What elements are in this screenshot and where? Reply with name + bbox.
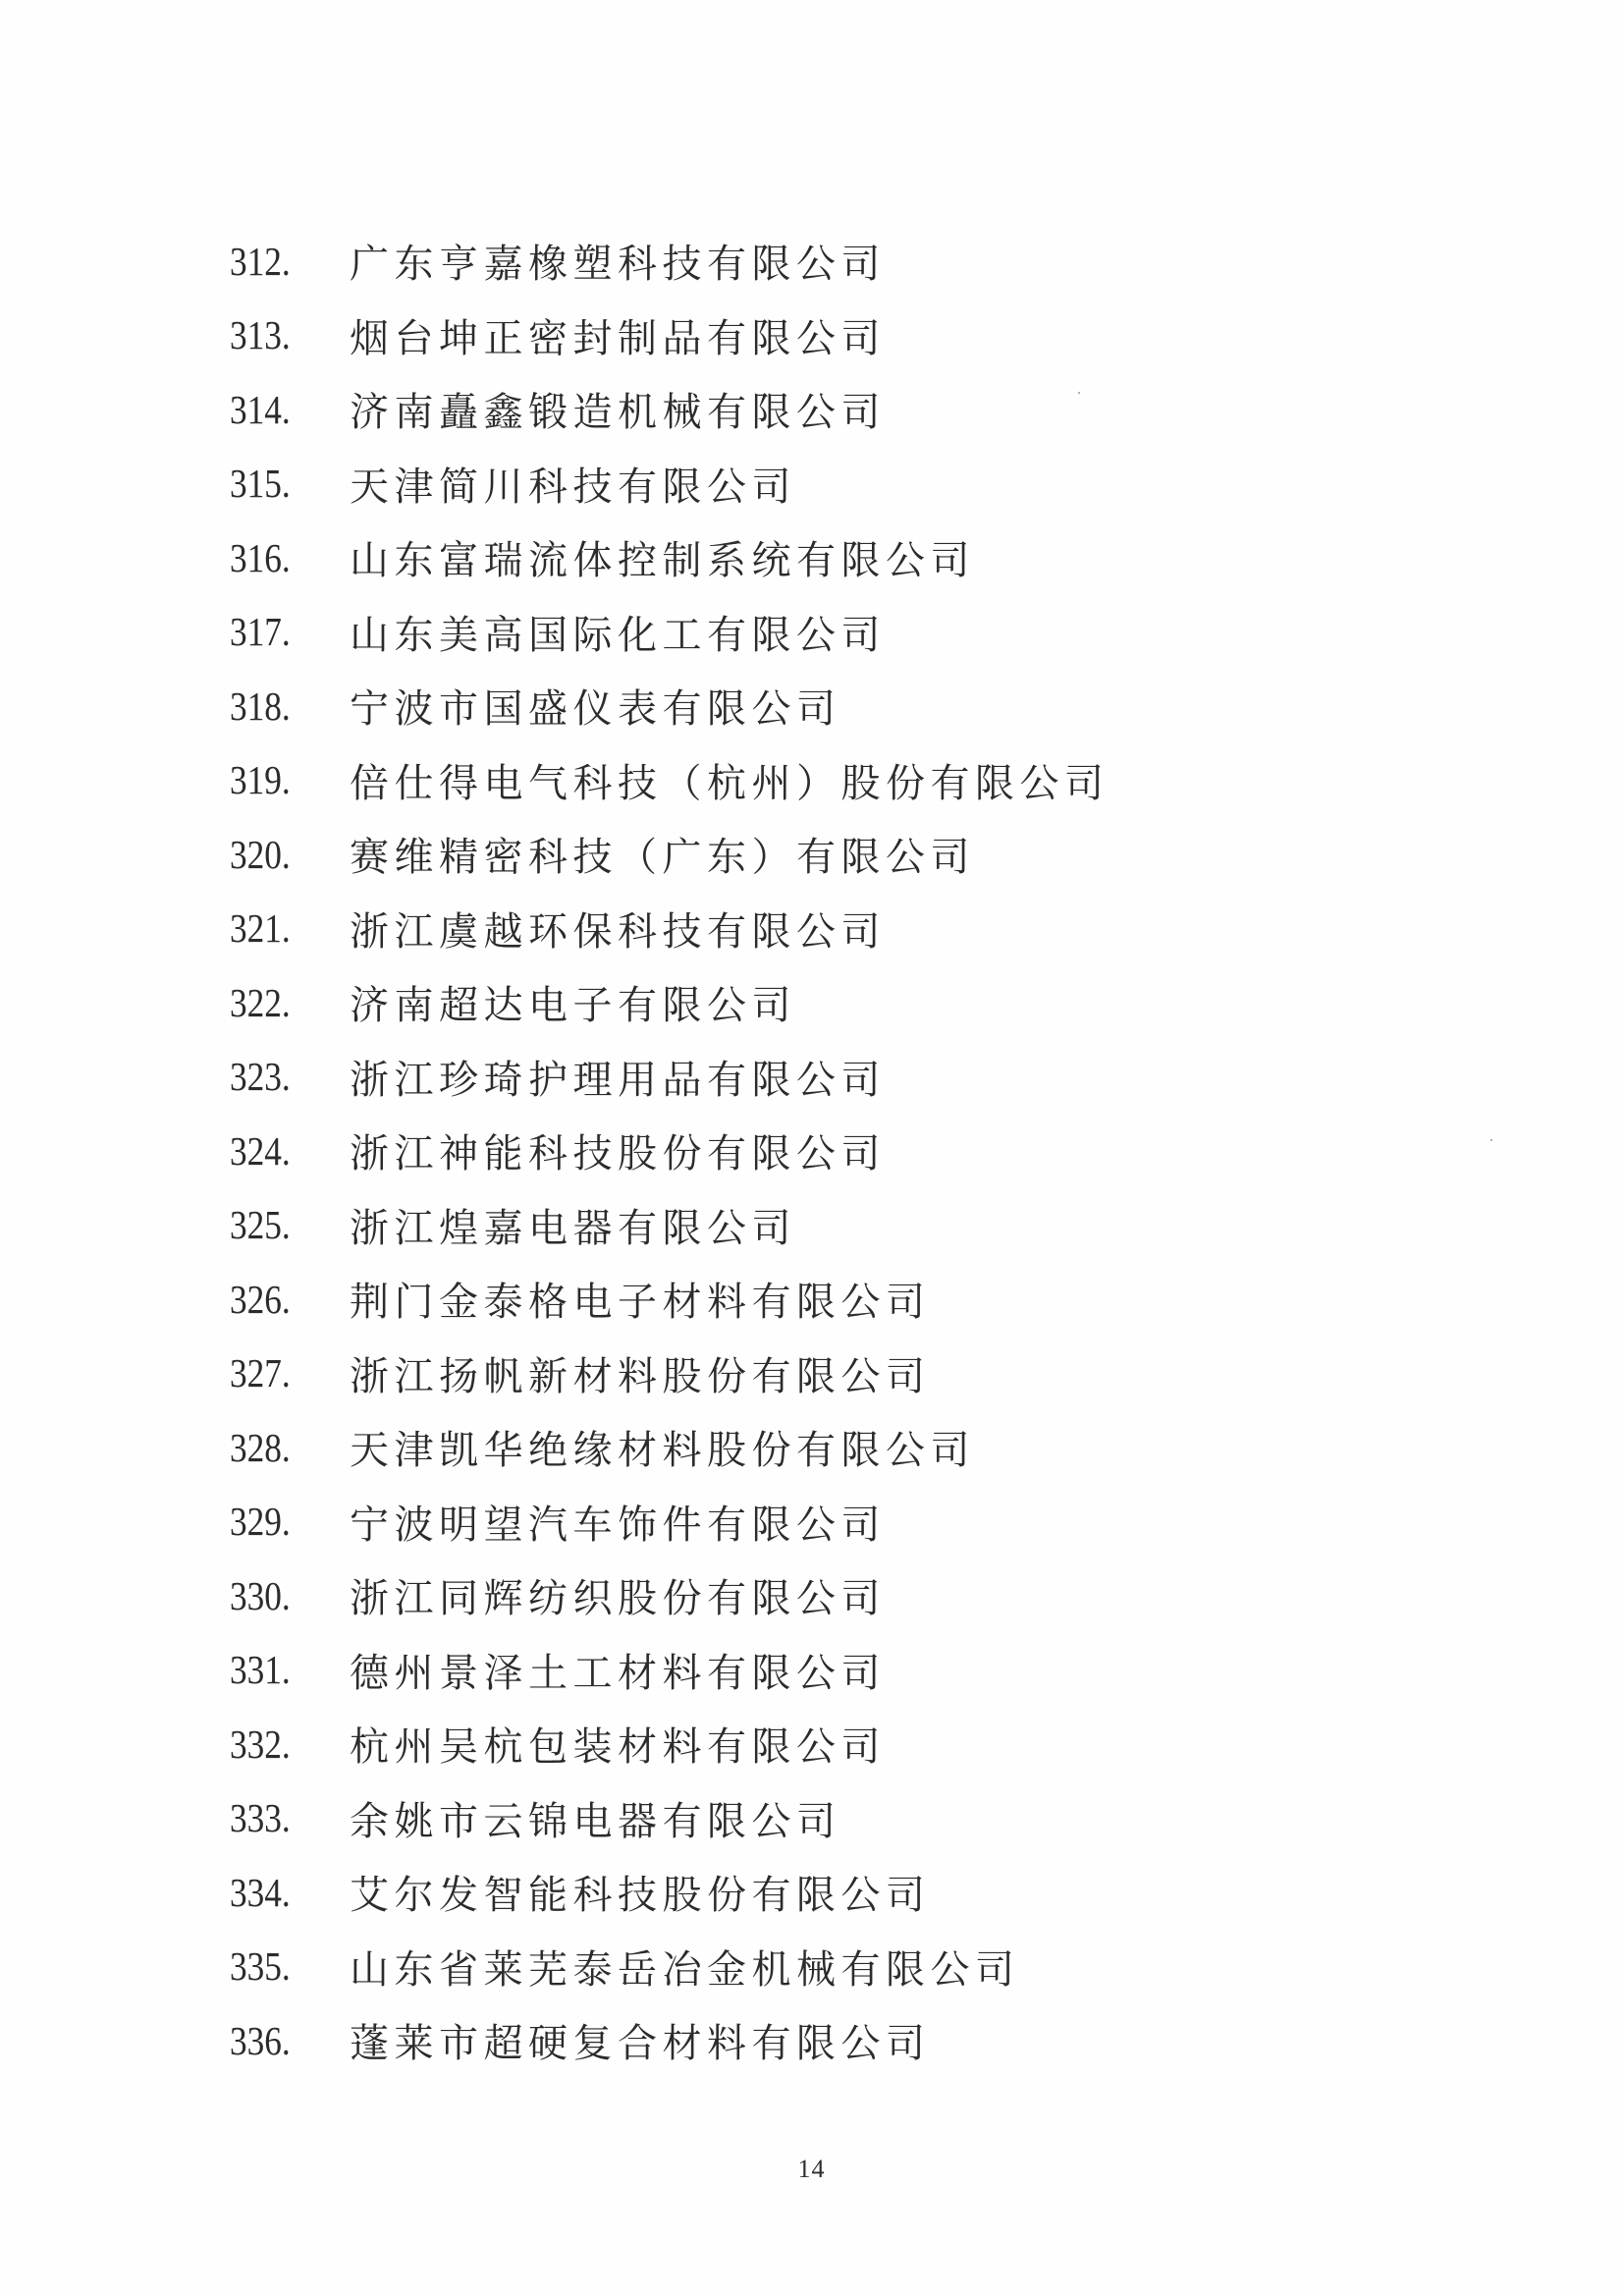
company-name: 倍仕得电气科技（杭州）股份有限公司 [350, 752, 1109, 808]
company-name: 艾尔发智能科技股份有限公司 [350, 1864, 931, 1920]
company-name: 烟台坤正密封制品有限公司 [350, 307, 886, 363]
list-item: 330.浙江同辉纺织股份有限公司 [230, 1558, 1109, 1633]
item-number: 335. [230, 1942, 333, 1990]
list-item: 326.荆门金泰格电子材料有限公司 [230, 1262, 1109, 1337]
list-item: 335.山东省莱芜泰岳冶金机械有限公司 [230, 1930, 1109, 2004]
list-item: 332.杭州吴杭包装材料有限公司 [230, 1707, 1109, 1781]
item-number: 316. [230, 534, 333, 581]
company-name: 宁波市国盛仪表有限公司 [350, 678, 841, 734]
page-number: 14 [0, 2155, 1623, 2184]
company-name: 山东省莱芜泰岳冶金机械有限公司 [350, 1939, 1020, 1995]
list-item: 331.德州景泽土工材料有限公司 [230, 1633, 1109, 1708]
list-item: 320.赛维精密科技（广东）有限公司 [230, 817, 1109, 892]
item-number: 333. [230, 1794, 333, 1841]
item-number: 325. [230, 1201, 333, 1248]
company-name: 济南超达电子有限公司 [350, 974, 796, 1030]
list-item: 323.浙江珍琦护理用品有限公司 [230, 1040, 1109, 1115]
item-number: 313. [230, 311, 333, 358]
company-name: 杭州吴杭包装材料有限公司 [350, 1716, 886, 1772]
item-number: 328. [230, 1424, 333, 1471]
company-name: 山东美高国际化工有限公司 [350, 604, 886, 660]
item-number: 326. [230, 1276, 333, 1323]
company-name: 荆门金泰格电子材料有限公司 [350, 1271, 931, 1327]
item-number: 336. [230, 2017, 333, 2064]
item-number: 329. [230, 1498, 333, 1545]
item-number: 320. [230, 831, 333, 878]
item-number: 324. [230, 1127, 333, 1175]
list-item: 314.济南矗鑫锻造机械有限公司 [230, 372, 1109, 447]
item-number: 317. [230, 608, 333, 655]
list-item: 318.宁波市国盛仪表有限公司 [230, 669, 1109, 743]
list-item: 324.浙江神能科技股份有限公司 [230, 1114, 1109, 1188]
company-name: 天津简川科技有限公司 [350, 456, 796, 512]
item-number: 321. [230, 904, 333, 952]
list-item: 325.浙江煌嘉电器有限公司 [230, 1188, 1109, 1263]
list-item: 334.艾尔发智能科技股份有限公司 [230, 1855, 1109, 1930]
list-item: 336.蓬莱市超硬复合材料有限公司 [230, 2003, 1109, 2078]
document-page: 312.广东亨嘉橡塑科技有限公司 313.烟台坤正密封制品有限公司 314.济南… [0, 0, 1623, 2296]
list-item: 329.宁波明望汽车饰件有限公司 [230, 1485, 1109, 1559]
item-number: 319. [230, 756, 333, 803]
company-name: 蓬莱市超硬复合材料有限公司 [350, 2012, 931, 2068]
company-name: 余姚市云锦电器有限公司 [350, 1790, 841, 1846]
list-item: 317.山东美高国际化工有限公司 [230, 595, 1109, 670]
item-number: 315. [230, 460, 333, 507]
company-name: 浙江虞越环保科技有限公司 [350, 901, 886, 957]
list-item: 321.浙江虞越环保科技有限公司 [230, 892, 1109, 966]
company-name: 浙江珍琦护理用品有限公司 [350, 1049, 886, 1105]
company-name: 宁波明望汽车饰件有限公司 [350, 1494, 886, 1550]
item-number: 330. [230, 1572, 333, 1619]
company-name: 天津凯华绝缘材料股份有限公司 [350, 1419, 975, 1475]
list-item: 327.浙江扬帆新材料股份有限公司 [230, 1337, 1109, 1411]
company-list: 312.广东亨嘉橡塑科技有限公司 313.烟台坤正密封制品有限公司 314.济南… [230, 224, 1109, 2078]
company-name: 广东亨嘉橡塑科技有限公司 [350, 233, 886, 289]
list-item: 315.天津简川科技有限公司 [230, 447, 1109, 521]
company-name: 山东富瑞流体控制系统有限公司 [350, 529, 975, 585]
list-item: 328.天津凯华绝缘材料股份有限公司 [230, 1410, 1109, 1485]
company-name: 浙江同辉纺织股份有限公司 [350, 1567, 886, 1623]
scan-speck [1078, 392, 1080, 394]
item-number: 332. [230, 1721, 333, 1768]
list-item: 312.广东亨嘉橡塑科技有限公司 [230, 224, 1109, 299]
item-number: 334. [230, 1869, 333, 1916]
item-number: 318. [230, 683, 333, 730]
company-name: 济南矗鑫锻造机械有限公司 [350, 381, 886, 437]
scan-speck [1490, 1139, 1492, 1141]
list-item: 322.济南超达电子有限公司 [230, 965, 1109, 1040]
item-number: 323. [230, 1053, 333, 1100]
list-item: 333.余姚市云锦电器有限公司 [230, 1781, 1109, 1856]
company-name: 浙江煌嘉电器有限公司 [350, 1197, 796, 1253]
list-item: 316.山东富瑞流体控制系统有限公司 [230, 520, 1109, 595]
item-number: 312. [230, 238, 333, 285]
company-name: 赛维精密科技（广东）有限公司 [350, 826, 975, 882]
company-name: 浙江神能科技股份有限公司 [350, 1122, 886, 1178]
item-number: 322. [230, 979, 333, 1026]
item-number: 314. [230, 386, 333, 433]
item-number: 331. [230, 1646, 333, 1693]
company-name: 浙江扬帆新材料股份有限公司 [350, 1345, 931, 1401]
list-item: 313.烟台坤正密封制品有限公司 [230, 299, 1109, 373]
item-number: 327. [230, 1349, 333, 1396]
company-name: 德州景泽土工材料有限公司 [350, 1642, 886, 1698]
list-item: 319.倍仕得电气科技（杭州）股份有限公司 [230, 743, 1109, 818]
